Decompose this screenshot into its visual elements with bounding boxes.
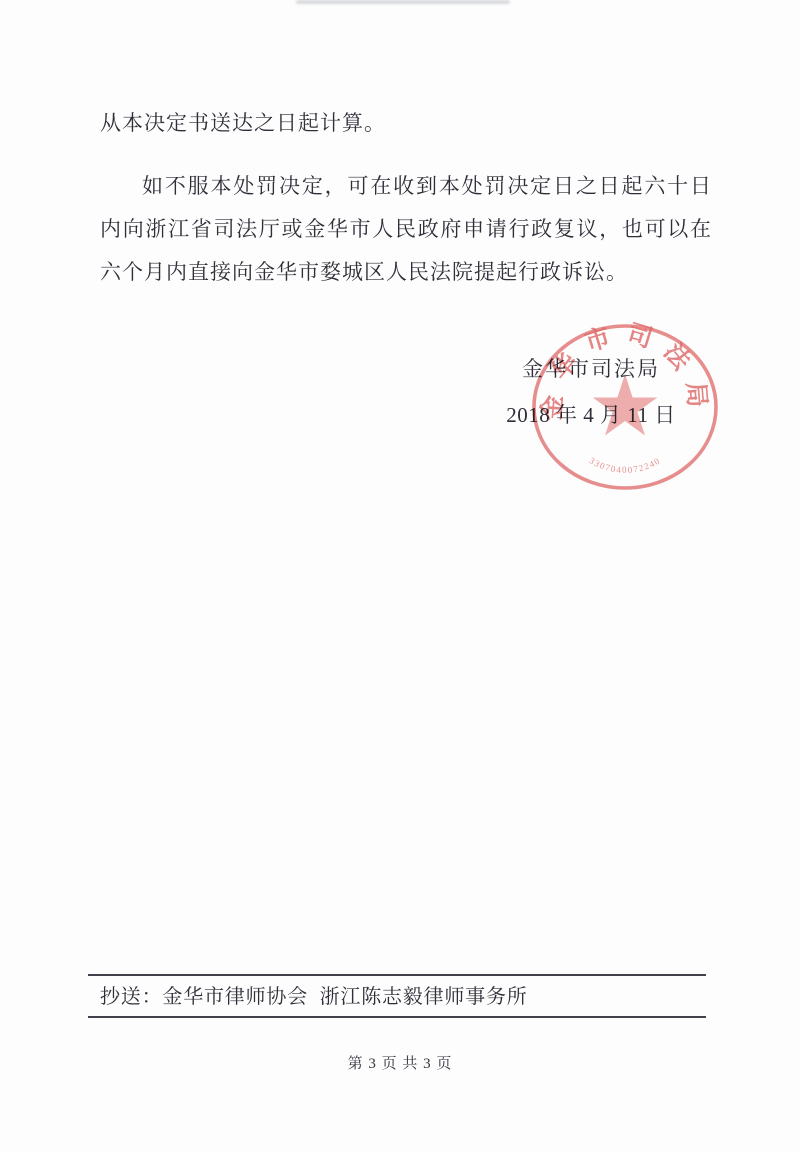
paragraph-calculation: 从本决定书送达之日起计算。 — [100, 102, 712, 145]
seal-star-icon — [593, 374, 658, 436]
paragraph-appeal-rights: 如不服本处罚决定，可在收到本处罚决定日之日起六十日内向浙江省司法厅或金华市人民政… — [100, 165, 712, 294]
cc-divider-bottom — [88, 1016, 706, 1018]
cc-divider-top — [88, 974, 706, 976]
cc-line: 抄送：金华市律师协会 浙江陈志毅律师事务所 — [100, 984, 706, 1010]
document-body: 从本决定书送达之日起计算。 如不服本处罚决定，可在收到本处罚决定日之日起六十日内… — [100, 102, 712, 294]
official-seal-stamp-icon: 金华市司法局 3307040072240 — [528, 322, 722, 494]
scan-smudge-top — [296, 0, 510, 4]
scanned-document-page: { "doc": { "para1": "从本决定书送达之日起计算。", "pa… — [0, 0, 800, 1153]
svg-text:3307040072240: 3307040072240 — [588, 455, 663, 475]
seal-number: 3307040072240 — [588, 455, 663, 475]
page-number-footer: 第 3 页 共 3 页 — [0, 1052, 800, 1073]
